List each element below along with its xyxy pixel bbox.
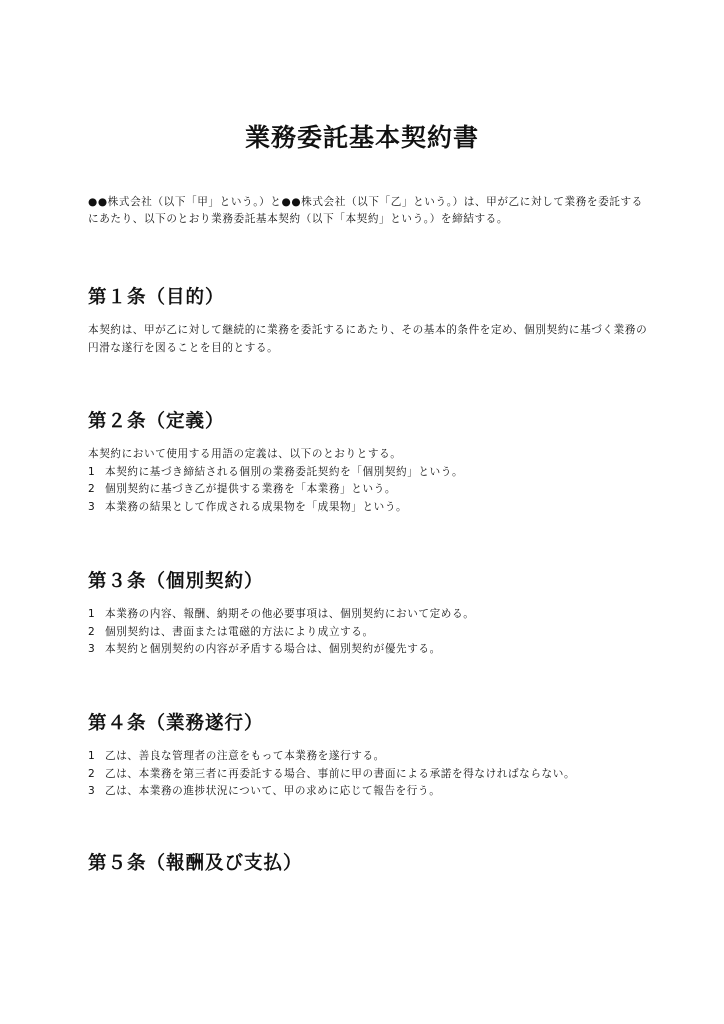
article-2: 第２条（定義） 本契約において使用する用語の定義は、以下のとおりとする。 1 本… (88, 410, 648, 516)
clause-item: 2 個別契約は、書面または電磁的方法により成立する。 (88, 624, 648, 642)
clause-item: 1 本契約に基づき締結される個別の業務委託契約を「個別契約」という。 (88, 464, 648, 482)
article-heading: 第５条（報酬及び支払） (88, 852, 648, 876)
article-heading: 第２条（定義） (88, 410, 648, 434)
article-paragraph: 本契約において使用する用語の定義は、以下のとおりとする。 (88, 446, 648, 464)
clause-number: 3 (88, 499, 105, 517)
clause-item: 1 本業務の内容、報酬、納期その他必要事項は、個別契約において定める。 (88, 606, 648, 624)
clause-text: 個別契約は、書面または電磁的方法により成立する。 (105, 624, 374, 642)
clause-number: 2 (88, 481, 105, 499)
clause-text: 乙は、本業務の進捗状況について、甲の求めに応じて報告を行う。 (105, 783, 440, 801)
clause-number: 3 (88, 783, 105, 801)
article-heading: 第１条（目的） (88, 286, 648, 310)
clause-number: 1 (88, 464, 105, 482)
intro-paragraph: ●●株式会社（以下「甲」という。）と●●株式会社（以下「乙」という。）は、甲が乙… (88, 194, 648, 228)
clause-number: 3 (88, 641, 105, 659)
clause-text: 本契約に基づき締結される個別の業務委託契約を「個別契約」という。 (105, 464, 463, 482)
article-1: 第１条（目的） 本契約は、甲が乙に対して継続的に業務を委託するにあたり、その基本… (88, 286, 648, 357)
clause-item: 1 乙は、善良な管理者の注意をもって本業務を遂行する。 (88, 748, 648, 766)
clause-text: 乙は、善良な管理者の注意をもって本業務を遂行する。 (105, 748, 385, 766)
article-heading: 第３条（個別契約） (88, 570, 648, 594)
clause-item: 3 乙は、本業務の進捗状況について、甲の求めに応じて報告を行う。 (88, 783, 648, 801)
clause-item: 3 本契約と個別契約の内容が矛盾する場合は、個別契約が優先する。 (88, 641, 648, 659)
document-title: 業務委託基本契約書 (0, 118, 724, 154)
clause-number: 1 (88, 606, 105, 624)
clause-text: 個別契約に基づき乙が提供する業務を「本業務」という。 (105, 481, 396, 499)
document-page: 業務委託基本契約書 ●●株式会社（以下「甲」という。）と●●株式会社（以下「乙」… (0, 0, 724, 1024)
clause-number: 2 (88, 624, 105, 642)
clause-text: 乙は、本業務を第三者に再委託する場合、事前に甲の書面による承諾を得なければならな… (105, 766, 575, 784)
clause-number: 1 (88, 748, 105, 766)
article-4: 第４条（業務遂行） 1 乙は、善良な管理者の注意をもって本業務を遂行する。 2 … (88, 712, 648, 801)
clause-text: 本契約と個別契約の内容が矛盾する場合は、個別契約が優先する。 (105, 641, 441, 659)
clause-text: 本業務の内容、報酬、納期その他必要事項は、個別契約において定める。 (105, 606, 474, 624)
clause-item: 2 乙は、本業務を第三者に再委託する場合、事前に甲の書面による承諾を得なければな… (88, 766, 648, 784)
article-3: 第３条（個別契約） 1 本業務の内容、報酬、納期その他必要事項は、個別契約におい… (88, 570, 648, 659)
article-heading: 第４条（業務遂行） (88, 712, 648, 736)
clause-text: 本業務の結果として作成される成果物を「成果物」という。 (105, 499, 407, 517)
clause-item: 3 本業務の結果として作成される成果物を「成果物」という。 (88, 499, 648, 517)
clause-item: 2 個別契約に基づき乙が提供する業務を「本業務」という。 (88, 481, 648, 499)
article-5: 第５条（報酬及び支払） (88, 852, 648, 876)
article-paragraph: 本契約は、甲が乙に対して継続的に業務を委託するにあたり、その基本的条件を定め、個… (88, 322, 648, 357)
clause-number: 2 (88, 766, 105, 784)
